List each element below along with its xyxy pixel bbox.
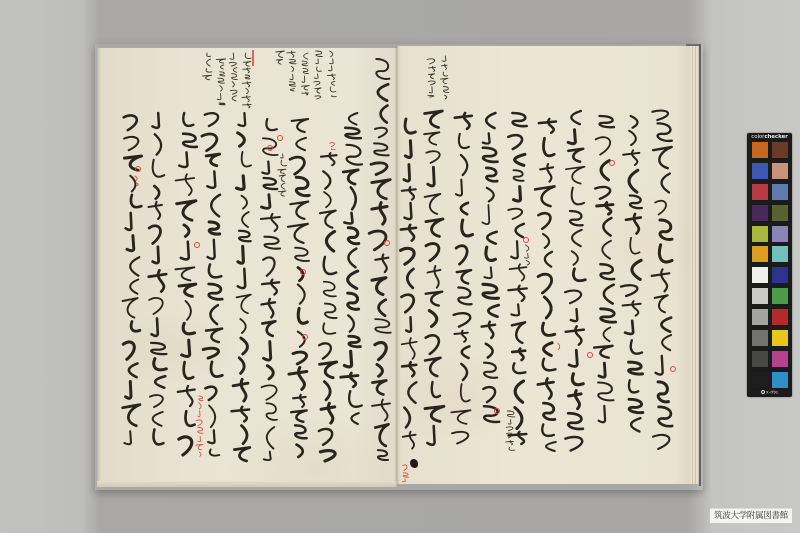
text-column: まうしきなあいいにかりそふつきわりは bbox=[120, 112, 144, 452]
brand-suffix: checker bbox=[764, 134, 787, 140]
brush-strokes bbox=[478, 112, 502, 432]
brush-strokes bbox=[288, 118, 312, 458]
color-swatch bbox=[752, 184, 768, 200]
brush-strokes bbox=[427, 57, 437, 98]
text-column: けあかりありやううつりいへえもえひはゆくて bbox=[145, 112, 169, 455]
red-circle-mark bbox=[587, 352, 593, 358]
brush-strokes bbox=[369, 58, 393, 462]
text-column: しつるねしおれあくしきうけをくしけふ bbox=[563, 110, 587, 458]
page-stack-edge bbox=[690, 46, 699, 484]
red-annotation: 内侍のかみのまことかし bbox=[196, 395, 204, 460]
red-circle-mark bbox=[302, 334, 308, 340]
color-swatch bbox=[752, 226, 768, 242]
color-swatch bbox=[772, 142, 788, 158]
red-circle-mark bbox=[523, 237, 529, 243]
left-page-edge bbox=[97, 48, 100, 487]
text-column: 宮かのよしとうしけるもと風のとうしと雑 bbox=[316, 152, 340, 462]
brush-strokes bbox=[242, 52, 252, 110]
red-annotation: 寄る詞 bbox=[401, 463, 410, 483]
color-swatch-grid bbox=[752, 142, 788, 388]
brush-strokes bbox=[287, 50, 297, 92]
brand-prefix: color bbox=[751, 134, 764, 140]
headnote-column: 名君ノハリ bbox=[287, 50, 297, 92]
color-swatch bbox=[752, 246, 768, 262]
brush-strokes bbox=[555, 342, 564, 352]
color-swatch bbox=[752, 330, 768, 346]
color-swatch bbox=[752, 351, 768, 367]
cover-edge bbox=[699, 44, 701, 486]
color-swatch bbox=[772, 205, 788, 221]
color-swatch bbox=[772, 309, 788, 325]
brush-strokes bbox=[277, 153, 287, 200]
brush-strokes bbox=[201, 110, 225, 458]
color-swatch bbox=[772, 226, 788, 242]
red-annotation: 源氏 bbox=[132, 175, 141, 187]
color-swatch bbox=[752, 372, 768, 388]
brush-strokes bbox=[145, 112, 169, 455]
headnote-column: 法成シヤ bbox=[427, 57, 437, 98]
brush-strokes bbox=[132, 175, 141, 187]
brush-strokes bbox=[203, 52, 213, 82]
brush-strokes bbox=[196, 395, 204, 460]
brush-strokes bbox=[506, 112, 530, 445]
red-annotation: をく bbox=[555, 342, 564, 352]
red-circle-mark bbox=[267, 145, 273, 151]
x-rite-logo-icon bbox=[761, 390, 765, 394]
color-swatch bbox=[772, 163, 788, 179]
brush-strokes bbox=[651, 108, 675, 450]
headnote-column: 宮様ニタトフ bbox=[327, 50, 337, 98]
color-swatch bbox=[772, 372, 788, 388]
color-swatch bbox=[752, 267, 768, 283]
brush-strokes bbox=[422, 110, 446, 448]
headnote-column: 秋ノ思ハシコヨキ bbox=[216, 58, 226, 106]
brush-strokes bbox=[535, 118, 559, 452]
brush-strokes bbox=[313, 50, 323, 100]
color-swatch bbox=[772, 351, 788, 367]
red-circle-mark bbox=[384, 240, 390, 246]
color-swatch bbox=[752, 142, 768, 158]
brush-strokes bbox=[328, 141, 337, 151]
headnote-column: 成テ小路ハ bbox=[300, 52, 310, 96]
headnote-column: ハツナシ bbox=[203, 52, 213, 82]
color-swatch bbox=[772, 184, 788, 200]
color-swatch bbox=[752, 163, 768, 179]
color-swatch bbox=[752, 205, 768, 221]
text-column: もとはつてむかしりのうたとところにそしけり bbox=[651, 108, 675, 450]
text-column: けるりけもそかりあふくえんゆきてゆかりと bbox=[535, 118, 559, 452]
headnote-column: 成テ bbox=[275, 50, 285, 68]
color-swatch bbox=[772, 288, 788, 304]
text-column: ゆるかたうくてしうしきをそてすしせくら bbox=[621, 115, 645, 440]
red-circle-mark bbox=[194, 242, 200, 248]
headnote-column: 文歌ノ心ニミエ bbox=[440, 55, 450, 100]
text-column: とうしうりらけをしてをくゆとゆく月日 bbox=[451, 112, 475, 448]
text-column: けれはへるたいかにとくえのいるらうさと bbox=[398, 118, 420, 458]
brush-strokes bbox=[216, 58, 226, 106]
text-column: ゆわくりしきふむれりんまかりしていと bbox=[201, 110, 225, 458]
color-checker-card: colorchecker x-rite bbox=[747, 133, 792, 397]
gloss-note: 面白的 bbox=[523, 244, 533, 266]
brush-strokes bbox=[505, 410, 515, 452]
left-page-bottom-edge bbox=[97, 481, 397, 487]
ink-blot bbox=[410, 459, 418, 468]
red-annotation: はつ bbox=[328, 141, 337, 151]
text-column: てくいあめかけるもてゆかいしんうくしにさす bbox=[369, 58, 393, 462]
brush-strokes bbox=[621, 115, 645, 440]
brush-strokes bbox=[316, 152, 340, 462]
text-column: てゆえりてかへるみみゆかりくくしうあ bbox=[506, 112, 530, 445]
x-rite-logo: x-rite bbox=[747, 390, 792, 397]
brush-strokes bbox=[120, 112, 144, 452]
brush-strokes bbox=[327, 50, 337, 98]
text-column: きぬせとしひりやうもうへしてかなひ bbox=[478, 112, 502, 432]
color-checker-brand: colorchecker bbox=[747, 134, 792, 141]
text-column: ゆちをりしたる杉のあるさいうつしう思はく bbox=[231, 112, 255, 462]
color-swatch bbox=[752, 309, 768, 325]
brush-strokes bbox=[229, 52, 239, 102]
gloss-note: 秋月の詞 bbox=[505, 410, 515, 452]
text-column: うけるとおもひそてしとはびえ見えかのひとそ bbox=[288, 118, 312, 458]
text-column: えてやしはへるとまとゆかしになせしてり bbox=[340, 112, 364, 425]
brush-strokes bbox=[451, 112, 475, 448]
headnote-column: ちゅ成テノ院 bbox=[313, 50, 323, 100]
brush-strokes bbox=[401, 463, 410, 483]
brush-strokes bbox=[340, 112, 364, 425]
red-circle-mark bbox=[277, 135, 283, 141]
red-circle-mark bbox=[670, 366, 676, 372]
headnote-column: イヤシテヤマト bbox=[242, 52, 252, 110]
red-circle-mark bbox=[494, 408, 500, 414]
brush-strokes bbox=[440, 55, 450, 100]
color-swatch bbox=[772, 267, 788, 283]
red-circle-mark bbox=[300, 269, 306, 275]
color-swatch bbox=[752, 288, 768, 304]
brush-strokes bbox=[300, 52, 310, 96]
text-column: おさすいともえのひろくえんれをうけ bbox=[422, 110, 446, 448]
brush-strokes bbox=[398, 118, 420, 458]
library-label: 筑波大学附属図書館 bbox=[710, 508, 792, 523]
gloss-note: 宮名ノ奪ニ bbox=[277, 153, 287, 200]
brush-strokes bbox=[275, 50, 285, 68]
red-circle-mark bbox=[609, 160, 615, 166]
brush-strokes bbox=[231, 112, 255, 462]
color-swatch bbox=[772, 330, 788, 346]
brush-strokes bbox=[523, 244, 533, 266]
red-line-mark bbox=[252, 50, 254, 66]
red-circle-mark bbox=[135, 166, 141, 172]
brush-strokes bbox=[563, 110, 587, 458]
maker-name: x-rite bbox=[766, 390, 778, 395]
headnote-column: レクレレ恋妙ノ bbox=[229, 52, 239, 102]
color-swatch bbox=[772, 246, 788, 262]
